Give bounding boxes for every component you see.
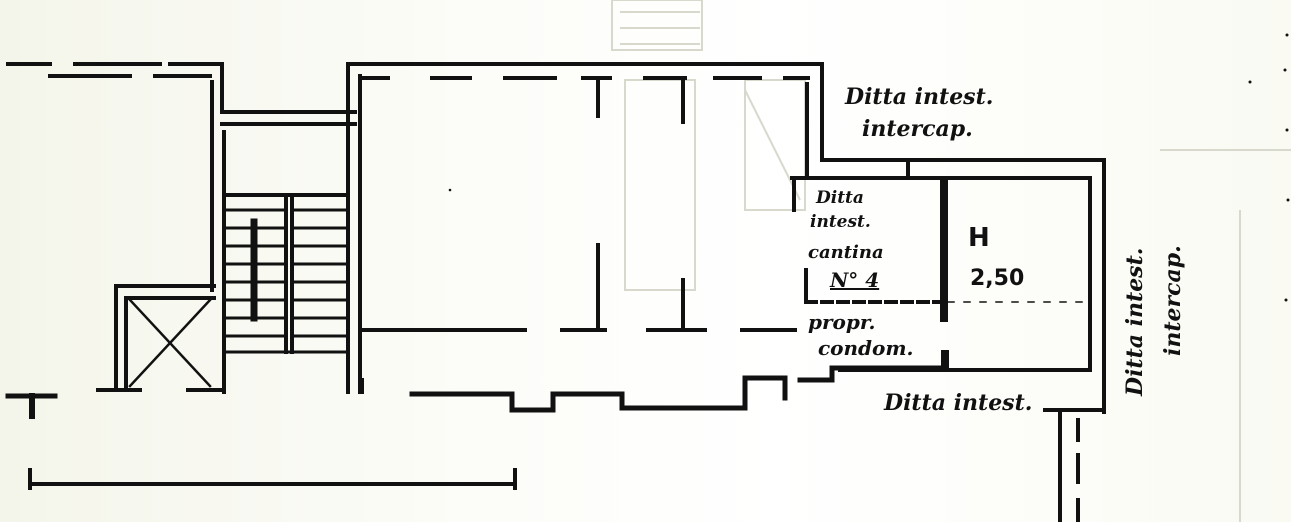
label-vertical-intercap: intercap. — [1162, 245, 1184, 356]
label-cellar-cantina: cantina — [808, 244, 884, 262]
label-condom: condom. — [818, 338, 914, 358]
scale-bar — [30, 470, 515, 488]
label-ditta-intest-bottom: Ditta intest. — [884, 392, 1032, 414]
label-height-value: 2,50 — [970, 268, 1024, 290]
lift-shaft — [98, 286, 222, 390]
label-cellar-number: N° 4 — [830, 270, 879, 290]
label-cellar-intest: intest. — [810, 214, 871, 231]
floor-plan-drawing — [0, 0, 1291, 522]
label-intercap-top: intercap. — [862, 118, 973, 140]
label-propr: propr. — [808, 312, 876, 332]
label-height-letter: H — [968, 225, 990, 251]
label-vertical-ditta-intest: Ditta intest. — [1124, 248, 1146, 396]
label-cellar-ditta: Ditta — [816, 190, 864, 207]
label-ditta-intest-top: Ditta intest. — [845, 86, 993, 108]
